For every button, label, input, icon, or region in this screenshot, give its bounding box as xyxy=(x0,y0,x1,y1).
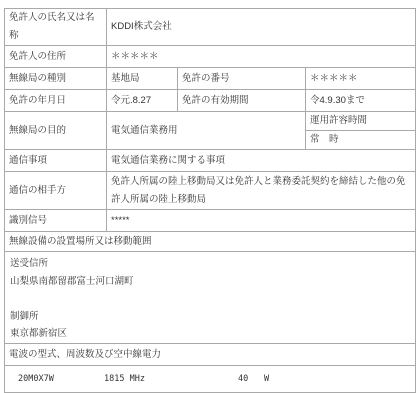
row-communication-matters: 通信事項 電気通信業務に関する事項 xyxy=(5,150,416,172)
row-station-type: 無線局の種別 基地局 免許の番号 ＊＊＊＊＊ xyxy=(5,68,416,90)
row-communication-counterpart: 通信の相手方 免許人所属の陸上移動局又は免許人と業務委託契約を締結した他の免許人… xyxy=(5,172,416,210)
sites-cell: 送受信所 山梨県南都留郡富士河口湖町 制御所 東京都新宿区 xyxy=(5,252,416,344)
station-purpose-label: 無線局の目的 xyxy=(5,112,107,150)
license-date-label: 免許の年月日 xyxy=(5,90,107,112)
license-number-value: ＊＊＊＊＊ xyxy=(306,68,416,90)
licensee-name-label: 免許人の氏名又は名称 xyxy=(5,9,107,46)
sites-spacer xyxy=(10,290,412,308)
license-number-label: 免許の番号 xyxy=(178,68,306,90)
communication-counterpart-value: 免許人所属の陸上移動局又は免許人と業務委託契約を締結した他の免許人所属の陸上移動… xyxy=(107,172,416,210)
row-radio-spec: 20M0X7W1815 MHz40W xyxy=(5,366,416,393)
communication-matters-value: 電気通信業務に関する事項 xyxy=(107,150,416,172)
row-station-purpose: 無線局の目的 電気通信業務用 運用許容時間 xyxy=(5,112,416,131)
control-site-label: 制御所 xyxy=(10,308,412,326)
licensee-address-label: 免許人の住所 xyxy=(5,46,107,68)
row-radio-spec-header: 電波の型式、周波数及び空中線電力 xyxy=(5,344,416,366)
row-license-date: 免許の年月日 令元.8.27 免許の有効期間 令4.9.30まで xyxy=(5,90,416,112)
license-validity-label: 免許の有効期間 xyxy=(178,90,306,112)
station-type-value: 基地局 xyxy=(107,68,178,90)
radio-spec-cell: 20M0X7W1815 MHz40W xyxy=(5,366,416,393)
station-purpose-value: 電気通信業務用 xyxy=(107,112,306,150)
licensee-address-value: ＊＊＊＊＊ xyxy=(107,46,416,68)
station-type-label: 無線局の種別 xyxy=(5,68,107,90)
operation-hours-label: 運用許容時間 xyxy=(306,112,416,131)
license-validity-value: 令4.9.30まで xyxy=(306,90,416,112)
row-licensee-name: 免許人の氏名又は名称 KDDI株式会社 xyxy=(5,9,416,46)
row-sites: 送受信所 山梨県南都留郡富士河口湖町 制御所 東京都新宿区 xyxy=(5,252,416,344)
row-licensee-address: 免許人の住所 ＊＊＊＊＊ xyxy=(5,46,416,68)
license-document: 免許人の氏名又は名称 KDDI株式会社 免許人の住所 ＊＊＊＊＊ 無線局の種別 … xyxy=(4,8,416,393)
frequency-value: 1815 MHz xyxy=(104,370,238,388)
license-table: 免許人の氏名又は名称 KDDI株式会社 免許人の住所 ＊＊＊＊＊ 無線局の種別 … xyxy=(4,8,416,393)
emission-designator: 20M0X7W xyxy=(18,370,104,388)
operation-hours-value: 常 時 xyxy=(306,131,416,150)
control-site-value: 東京都新宿区 xyxy=(10,325,412,343)
equipment-location-header: 無線設備の設置場所又は移動範囲 xyxy=(5,232,416,252)
license-date-value: 令元.8.27 xyxy=(107,90,178,112)
identification-signal-label: 識別信号 xyxy=(5,210,107,232)
power-value: 40 xyxy=(238,370,264,388)
transceiver-site-label: 送受信所 xyxy=(10,255,412,273)
licensee-name-value: KDDI株式会社 xyxy=(107,9,416,46)
row-identification-signal: 識別信号 ***** xyxy=(5,210,416,232)
radio-spec-header: 電波の型式、周波数及び空中線電力 xyxy=(5,344,416,366)
row-equipment-location-header: 無線設備の設置場所又は移動範囲 xyxy=(5,232,416,252)
communication-counterpart-label: 通信の相手方 xyxy=(5,172,107,210)
power-unit: W xyxy=(264,370,269,388)
communication-matters-label: 通信事項 xyxy=(5,150,107,172)
transceiver-site-value: 山梨県南都留郡富士河口湖町 xyxy=(10,273,412,291)
identification-signal-value: ***** xyxy=(107,210,416,232)
